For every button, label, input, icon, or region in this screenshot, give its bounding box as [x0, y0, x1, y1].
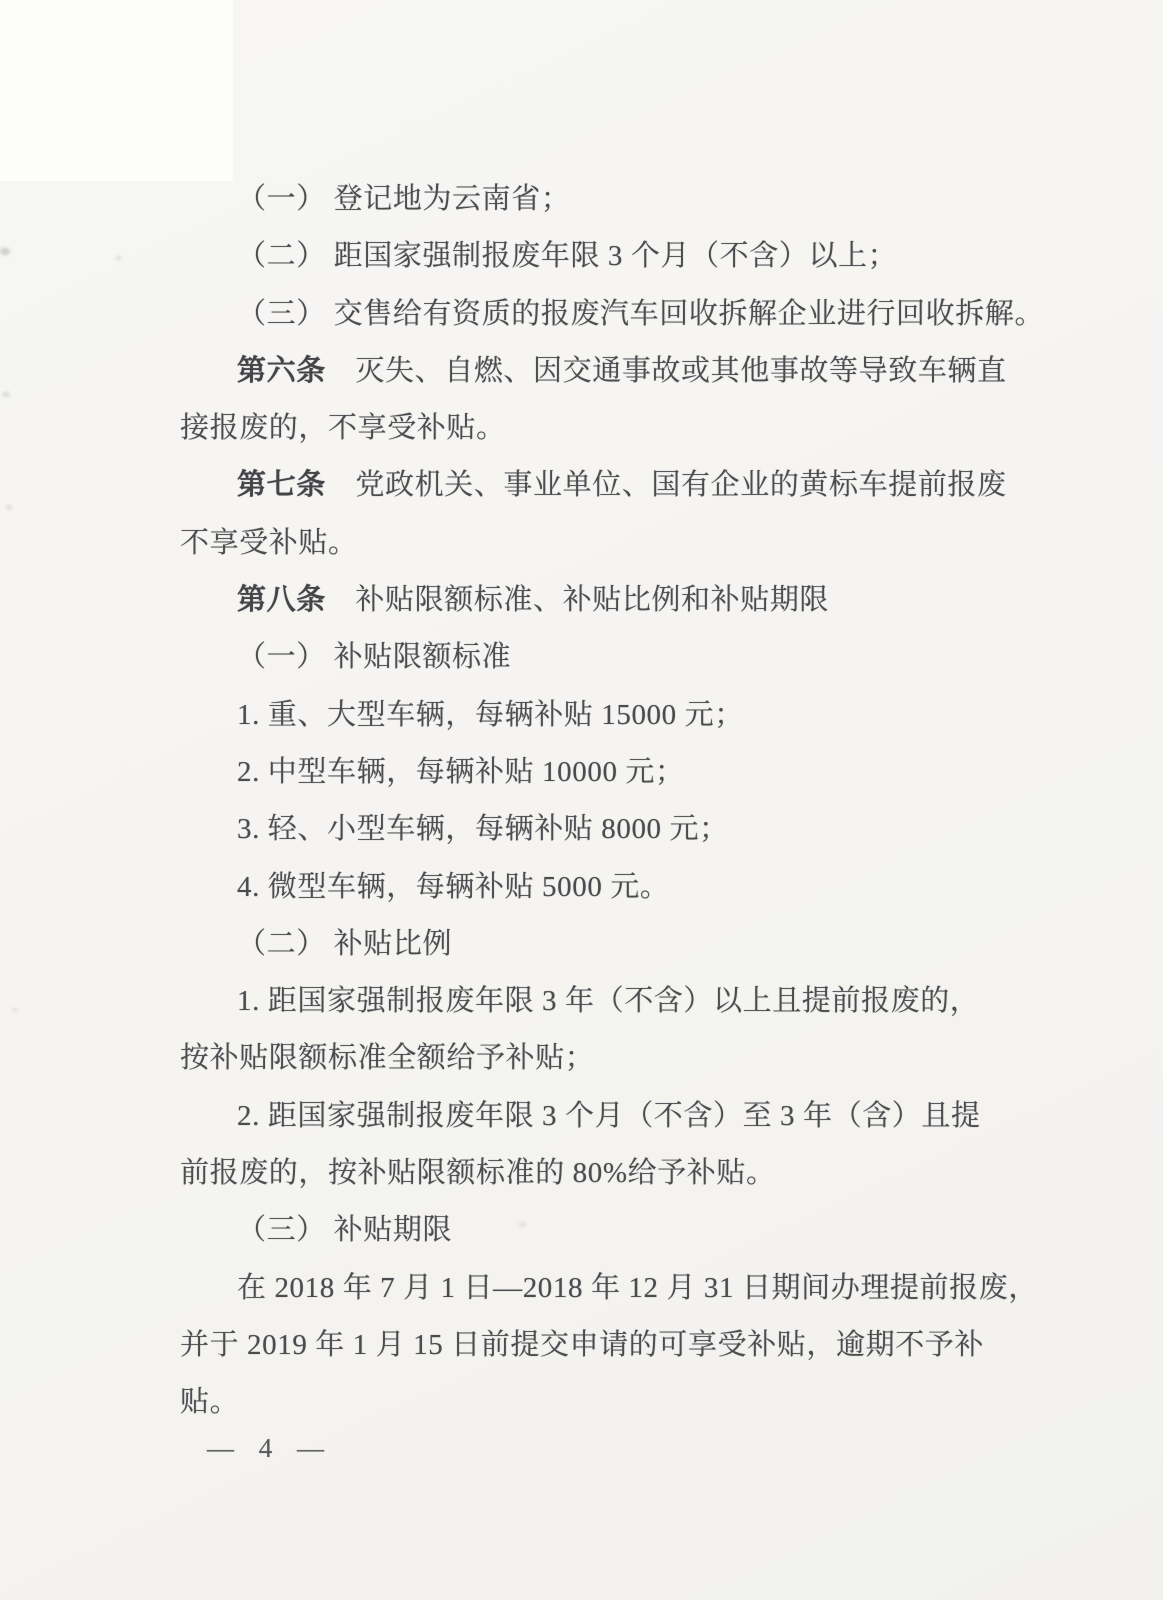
- text-line: （二） 补贴比例: [180, 916, 1020, 973]
- scan-white-patch: [0, 0, 233, 181]
- scanned-document-page: （一） 登记地为云南省；（二） 距国家强制报废年限 3 个月（不含）以上；（三）…: [0, 0, 1163, 1600]
- text-line: 2. 中型车辆，每辆补贴 10000 元；: [180, 744, 1020, 801]
- text-line: 3. 轻、小型车辆，每辆补贴 8000 元；: [180, 801, 1020, 858]
- text-line: 第八条 补贴限额标准、补贴比例和补贴期限: [180, 572, 1020, 629]
- text-line: （一） 补贴限额标准: [180, 629, 1020, 686]
- text-line: 接报废的，不享受补贴。: [180, 400, 1020, 457]
- text-line: 在 2018 年 7 月 1 日—2018 年 12 月 31 日期间办理提前报…: [180, 1260, 1020, 1317]
- text-line: 2. 距国家强制报废年限 3 个月（不含）至 3 年（含）且提: [180, 1088, 1020, 1145]
- text-line: 按补贴限额标准全额给予补贴；: [180, 1030, 1020, 1087]
- text-line: 不享受补贴。: [180, 515, 1020, 572]
- text-line: （一） 登记地为云南省；: [180, 171, 1020, 228]
- scan-speck: [12, 1008, 18, 1012]
- text-line: 贴。: [180, 1374, 1020, 1431]
- text-line: （二） 距国家强制报废年限 3 个月（不含）以上；: [180, 228, 1020, 285]
- page-number: — 4 —: [207, 1428, 333, 1468]
- article-number: 第七条: [237, 469, 326, 501]
- article-number: 第八条: [237, 584, 326, 616]
- text-block: （一） 登记地为云南省；（二） 距国家强制报废年限 3 个月（不含）以上；（三）…: [180, 171, 1020, 1432]
- scan-speck: [0, 248, 10, 255]
- scan-speck: [2, 392, 10, 397]
- text-line: 第七条 党政机关、事业单位、国有企业的黄标车提前报废: [180, 457, 1020, 514]
- scan-speck: [116, 256, 121, 260]
- article-number: 第六条: [237, 355, 326, 387]
- text-line: 1. 距国家强制报废年限 3 年（不含）以上且提前报废的，: [180, 973, 1020, 1030]
- text-line: 前报废的，按补贴限额标准的 80%给予补贴。: [180, 1145, 1020, 1202]
- text-line: 第六条 灭失、自燃、因交通事故或其他事故等导致车辆直: [180, 343, 1020, 400]
- text-line: （三） 交售给有资质的报废汽车回收拆解企业进行回收拆解。: [180, 286, 1020, 343]
- text-line: 1. 重、大型车辆，每辆补贴 15000 元；: [180, 687, 1020, 744]
- text-line: 4. 微型车辆，每辆补贴 5000 元。: [180, 859, 1020, 916]
- text-line: （三） 补贴期限: [180, 1202, 1020, 1259]
- text-line: 并于 2019 年 1 月 15 日前提交申请的可享受补贴，逾期不予补: [180, 1317, 1020, 1374]
- scan-speck: [6, 505, 12, 510]
